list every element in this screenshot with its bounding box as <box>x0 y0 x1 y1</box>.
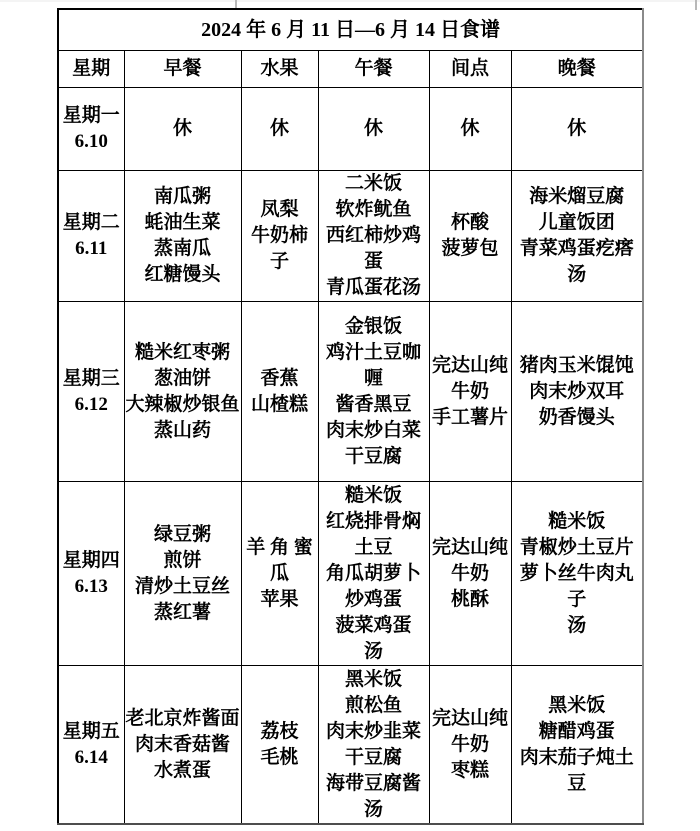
title-row: 2024 年 6 月 11 日—6 月 14 日食谱 <box>58 9 643 51</box>
menu-cell: 完达山纯 牛奶 枣糕 <box>429 666 511 825</box>
table-row-monday: 星期一 6.10 休 休 休 休 休 <box>58 88 643 171</box>
menu-cell: 荔枝 毛桃 <box>241 666 318 825</box>
menu-cell: 完达山纯 牛奶 桃酥 <box>429 482 511 666</box>
menu-cell: 羊 角 蜜 瓜 苹果 <box>241 482 318 666</box>
table-row-thursday: 星期四 6.13 绿豆粥 煎饼 清炒土豆丝 蒸红薯 羊 角 蜜 瓜 苹果 糙米饭… <box>58 482 643 666</box>
menu-cell: 糙米饭 青椒炒土豆片 萝卜丝牛肉丸子 汤 <box>511 482 643 666</box>
menu-cell: 香蕉 山楂糕 <box>241 302 318 482</box>
table-title: 2024 年 6 月 11 日—6 月 14 日食谱 <box>58 9 643 51</box>
table-row-friday: 星期五 6.14 老北京炸酱面 肉末香菇酱 水煮蛋 荔枝 毛桃 黑米饭 煎松鱼 … <box>58 666 643 825</box>
header-row: 星期 早餐 水果 午餐 间点 晚餐 <box>58 51 643 88</box>
day-cell: 星期三 6.12 <box>58 302 124 482</box>
menu-cell: 休 <box>429 88 511 171</box>
menu-cell: 休 <box>318 88 429 171</box>
day-cell: 星期二 6.11 <box>58 171 124 302</box>
page-top-strip <box>0 0 700 2</box>
menu-cell: 黑米饭 糖醋鸡蛋 肉末茄子炖土豆 <box>511 666 643 825</box>
menu-cell: 休 <box>241 88 318 171</box>
page-edge-tick-right <box>695 0 697 10</box>
header-cell-dinner: 晚餐 <box>511 51 643 88</box>
day-cell: 星期四 6.13 <box>58 482 124 666</box>
menu-cell: 糙米饭 红烧排骨焖 土豆 角瓜胡萝卜 炒鸡蛋 菠菜鸡蛋 汤 <box>318 482 429 666</box>
header-cell-breakfast: 早餐 <box>124 51 241 88</box>
menu-cell: 休 <box>124 88 241 171</box>
header-cell-fruit: 水果 <box>241 51 318 88</box>
table-row-tuesday: 星期二 6.11 南瓜粥 蚝油生菜 蒸南瓜 红糖馒头 凤梨 牛奶柿 子 二米饭 … <box>58 171 643 302</box>
menu-cell: 老北京炸酱面 肉末香菇酱 水煮蛋 <box>124 666 241 825</box>
menu-cell: 凤梨 牛奶柿 子 <box>241 171 318 302</box>
menu-cell: 猪肉玉米馄饨 肉末炒双耳 奶香馒头 <box>511 302 643 482</box>
menu-cell: 完达山纯 牛奶 手工薯片 <box>429 302 511 482</box>
menu-cell: 杯酸 菠萝包 <box>429 171 511 302</box>
menu-cell: 休 <box>511 88 643 171</box>
day-cell: 星期五 6.14 <box>58 666 124 825</box>
day-cell: 星期一 6.10 <box>58 88 124 171</box>
menu-cell: 金银饭 鸡汁土豆咖 喱 酱香黑豆 肉末炒白菜 干豆腐 <box>318 302 429 482</box>
menu-cell: 二米饭 软炸鱿鱼 西红柿炒鸡 蛋 青瓜蛋花汤 <box>318 171 429 302</box>
weekly-menu-table: 2024 年 6 月 11 日—6 月 14 日食谱 星期 早餐 水果 午餐 间… <box>57 8 644 825</box>
menu-cell: 绿豆粥 煎饼 清炒土豆丝 蒸红薯 <box>124 482 241 666</box>
header-cell-weekday: 星期 <box>58 51 124 88</box>
table-row-wednesday: 星期三 6.12 糙米红枣粥 葱油饼 大辣椒炒银鱼 蒸山药 香蕉 山楂糕 金银饭… <box>58 302 643 482</box>
menu-cell: 黑米饭 煎松鱼 肉末炒韭菜 干豆腐 海带豆腐酱 汤 <box>318 666 429 825</box>
menu-cell: 糙米红枣粥 葱油饼 大辣椒炒银鱼 蒸山药 <box>124 302 241 482</box>
header-cell-snack: 间点 <box>429 51 511 88</box>
menu-cell: 海米熘豆腐 儿童饭团 青菜鸡蛋疙瘩汤 <box>511 171 643 302</box>
menu-cell: 南瓜粥 蚝油生菜 蒸南瓜 红糖馒头 <box>124 171 241 302</box>
header-cell-lunch: 午餐 <box>318 51 429 88</box>
